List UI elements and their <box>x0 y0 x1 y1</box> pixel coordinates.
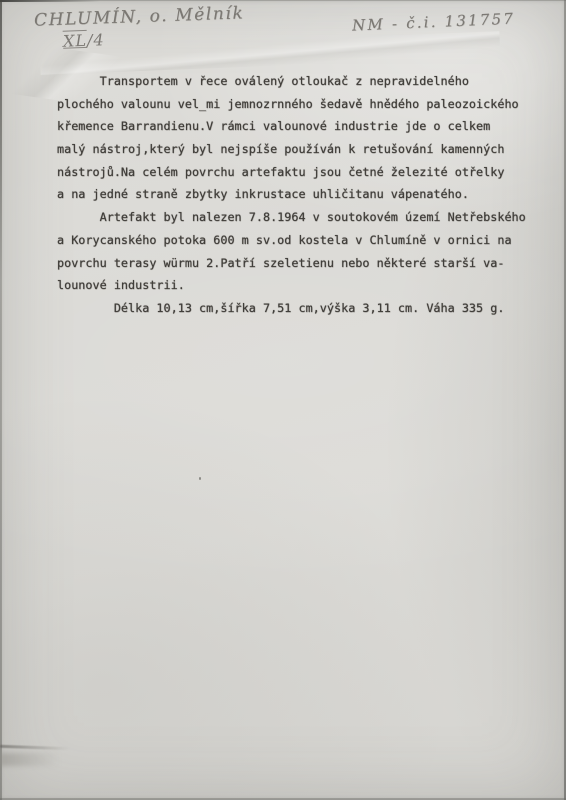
typed-line: povrchu terasy würmu 2.Patří szeletienu … <box>57 252 537 275</box>
typed-line: a na jedné straně zbytky inkrustace uhli… <box>57 183 537 206</box>
typed-line: Délka 10,13 cm,šířka 7,51 cm,výška 3,11 … <box>57 297 537 320</box>
handwritten-series-roman: XL <box>63 31 88 51</box>
typed-line: křemence Barrandienu.V rámci valounové i… <box>57 115 537 138</box>
paper-speck <box>199 477 201 480</box>
scanned-document: CHLUMÍN, o. Mělník XL/4 NM - č.i. 131757… <box>0 0 566 800</box>
typed-line: lounové industrii. <box>57 274 537 297</box>
typed-line: Artefakt byl nalezen 7.8.1964 v soutokov… <box>57 206 537 229</box>
typed-line: malý nástroj,který byl nejspíše používán… <box>57 138 537 161</box>
pencil-smudge <box>0 753 60 766</box>
handwritten-series-suffix: /4 <box>87 30 105 50</box>
typed-line: a Korycanského potoka 600 m sv.od kostel… <box>57 229 537 252</box>
typed-line: plochého valounu vel_mi jemnozrnného šed… <box>57 93 537 116</box>
scan-edge-left <box>0 0 2 800</box>
typed-text-block: Transportem v řece oválený otloukač z ne… <box>57 70 537 320</box>
handwritten-series-number: XL/4 <box>63 30 105 50</box>
typed-line: nástrojů.Na celém povrchu artefaktu jsou… <box>57 161 537 184</box>
scan-edge-top-left <box>0 0 100 2</box>
typed-line: Transportem v řece oválený otloukač z ne… <box>57 70 537 93</box>
